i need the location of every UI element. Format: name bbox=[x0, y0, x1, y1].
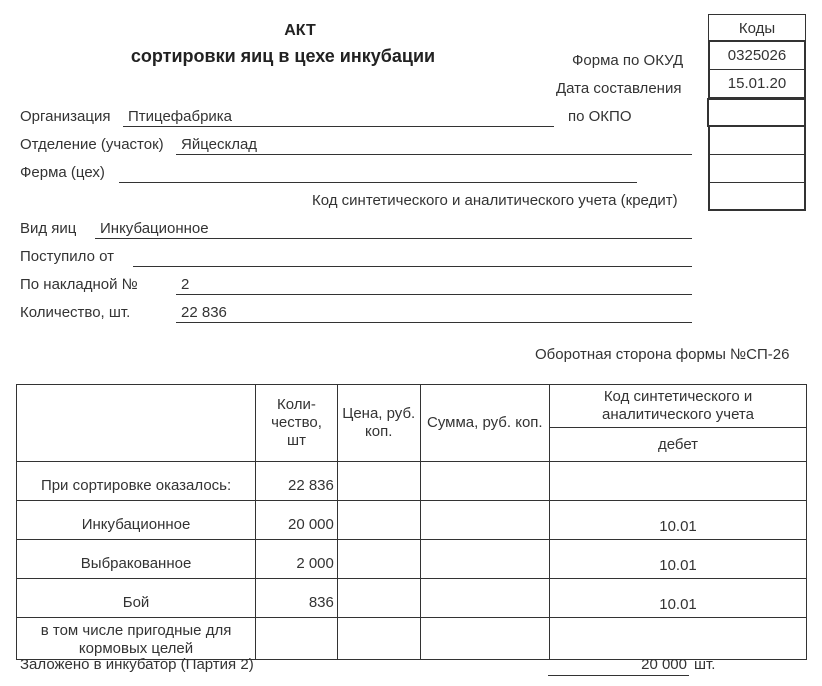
egg-type-field[interactable]: Инкубационное bbox=[100, 220, 209, 237]
quantity-label: Количество, шт. bbox=[20, 304, 130, 321]
department-label: Отделение (участок) bbox=[20, 136, 164, 153]
table-row: в том числе пригодные для кормовых целей bbox=[17, 618, 807, 660]
row-sum[interactable] bbox=[420, 579, 549, 618]
header-name bbox=[17, 385, 256, 462]
row-sum[interactable] bbox=[420, 540, 549, 579]
document-subtitle: сортировки яиц в цехе инкубации bbox=[0, 46, 566, 67]
row-price[interactable] bbox=[337, 540, 420, 579]
date-cell[interactable]: 15.01.20 bbox=[708, 70, 806, 98]
organization-label: Организация bbox=[20, 108, 110, 125]
table-row: Инкубационное 20 000 10.01 bbox=[17, 501, 807, 540]
header-account-code: Код синтетического и аналитического учет… bbox=[550, 385, 807, 428]
row-debit[interactable] bbox=[550, 462, 807, 501]
row-debit[interactable]: 10.01 bbox=[550, 579, 807, 618]
incubator-field-line bbox=[548, 675, 689, 676]
row-debit[interactable] bbox=[550, 618, 807, 660]
codes-header: Коды bbox=[708, 14, 806, 42]
row-price[interactable] bbox=[337, 462, 420, 501]
incubator-unit: шт. bbox=[694, 656, 715, 673]
table-row: При сортировке оказалось: 22 836 bbox=[17, 462, 807, 501]
organization-field[interactable]: Птицефабрика bbox=[128, 108, 232, 125]
row-quantity[interactable]: 20 000 bbox=[256, 501, 338, 540]
row-name: в том числе пригодные для кормовых целей bbox=[17, 618, 256, 660]
invoice-label: По накладной № bbox=[20, 276, 138, 293]
okpo-cell[interactable] bbox=[707, 98, 806, 127]
egg-type-label: Вид яиц bbox=[20, 220, 76, 237]
received-from-label: Поступило от bbox=[20, 248, 114, 265]
row-price[interactable] bbox=[337, 618, 420, 660]
row-sum[interactable] bbox=[420, 501, 549, 540]
codes-box: Коды 0325026 15.01.20 bbox=[708, 14, 806, 211]
department-field[interactable]: Яйцесклад bbox=[181, 136, 257, 153]
credit-code-label: Код синтетического и аналитического учет… bbox=[312, 192, 678, 209]
invoice-field[interactable]: 2 bbox=[181, 276, 189, 293]
quantity-field[interactable]: 22 836 bbox=[181, 304, 227, 321]
farm-field-line bbox=[119, 182, 637, 183]
farm-label: Ферма (цех) bbox=[20, 164, 105, 181]
received-from-field-line bbox=[133, 266, 692, 267]
row-sum[interactable] bbox=[420, 618, 549, 660]
row-price[interactable] bbox=[337, 501, 420, 540]
reverse-side-label: Оборотная сторона формы №СП-26 bbox=[535, 346, 789, 363]
invoice-field-line bbox=[176, 294, 692, 295]
header-quantity: Коли- чество, шт bbox=[256, 385, 338, 462]
code-cell-extra-2[interactable] bbox=[708, 155, 806, 183]
organization-field-line bbox=[123, 126, 554, 127]
row-name: При сортировке оказалось: bbox=[17, 462, 256, 501]
row-quantity[interactable] bbox=[256, 618, 338, 660]
row-debit[interactable]: 10.01 bbox=[550, 501, 807, 540]
table-row: Бой 836 10.01 bbox=[17, 579, 807, 618]
table-row: Выбракованное 2 000 10.01 bbox=[17, 540, 807, 579]
okud-label: Форма по ОКУД bbox=[572, 52, 683, 69]
header-price: Цена, руб. коп. bbox=[337, 385, 420, 462]
department-field-line bbox=[176, 154, 692, 155]
row-name: Инкубационное bbox=[17, 501, 256, 540]
row-price[interactable] bbox=[337, 579, 420, 618]
egg-type-field-line bbox=[95, 238, 692, 239]
row-quantity[interactable]: 2 000 bbox=[256, 540, 338, 579]
row-debit[interactable]: 10.01 bbox=[550, 540, 807, 579]
document-title: АКТ bbox=[0, 22, 600, 40]
okpo-label: по ОКПО bbox=[568, 108, 632, 125]
incubator-field[interactable]: 20 000 bbox=[548, 656, 687, 673]
code-cell-extra-1[interactable] bbox=[708, 127, 806, 155]
row-sum[interactable] bbox=[420, 462, 549, 501]
row-name: Выбракованное bbox=[17, 540, 256, 579]
okud-code-cell[interactable]: 0325026 bbox=[708, 42, 806, 70]
date-label: Дата составления bbox=[556, 80, 681, 97]
row-quantity[interactable]: 22 836 bbox=[256, 462, 338, 501]
incubator-label: Заложено в инкубатор (Партия 2) bbox=[20, 656, 254, 673]
row-name: Бой bbox=[17, 579, 256, 618]
header-sum: Сумма, руб. коп. bbox=[420, 385, 549, 462]
credit-code-cell[interactable] bbox=[708, 183, 806, 211]
row-quantity[interactable]: 836 bbox=[256, 579, 338, 618]
header-debit: дебет bbox=[550, 428, 807, 462]
sorting-table: Коли- чество, шт Цена, руб. коп. Сумма, … bbox=[16, 384, 807, 660]
quantity-field-line bbox=[176, 322, 692, 323]
